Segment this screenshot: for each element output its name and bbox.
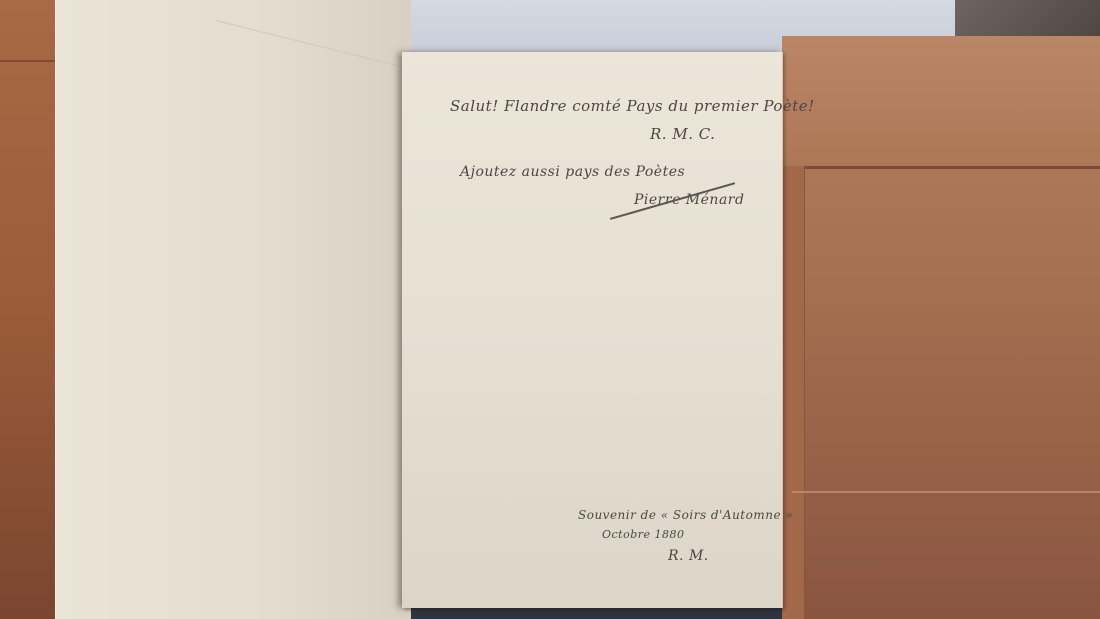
bottom-inscription-date: Octobre 1880: [602, 528, 685, 541]
inscribed-page: Salut! Flandre comté Pays du premier Poè…: [402, 52, 783, 608]
right-kraft-wrapper: [782, 36, 1100, 619]
wrapper-top-fold: [782, 36, 1100, 169]
wrapper-bottom-crease: [792, 491, 1100, 493]
cover-fold: [0, 60, 55, 62]
wrapper-inner-edge: [782, 166, 805, 619]
left-flyleaf-page: [55, 0, 411, 619]
bottom-initials: R. M.: [668, 548, 709, 564]
bottom-inscription-line-1: Souvenir de « Soirs d'Automne »: [578, 508, 793, 522]
inscription-line-1: Salut! Flandre comté Pays du premier Poè…: [450, 97, 815, 115]
inscription-initials-1: R. M. C.: [650, 125, 715, 143]
left-kraft-cover: [0, 0, 57, 619]
inscription-line-2: Ajoutez aussi pays des Poètes: [460, 164, 685, 180]
